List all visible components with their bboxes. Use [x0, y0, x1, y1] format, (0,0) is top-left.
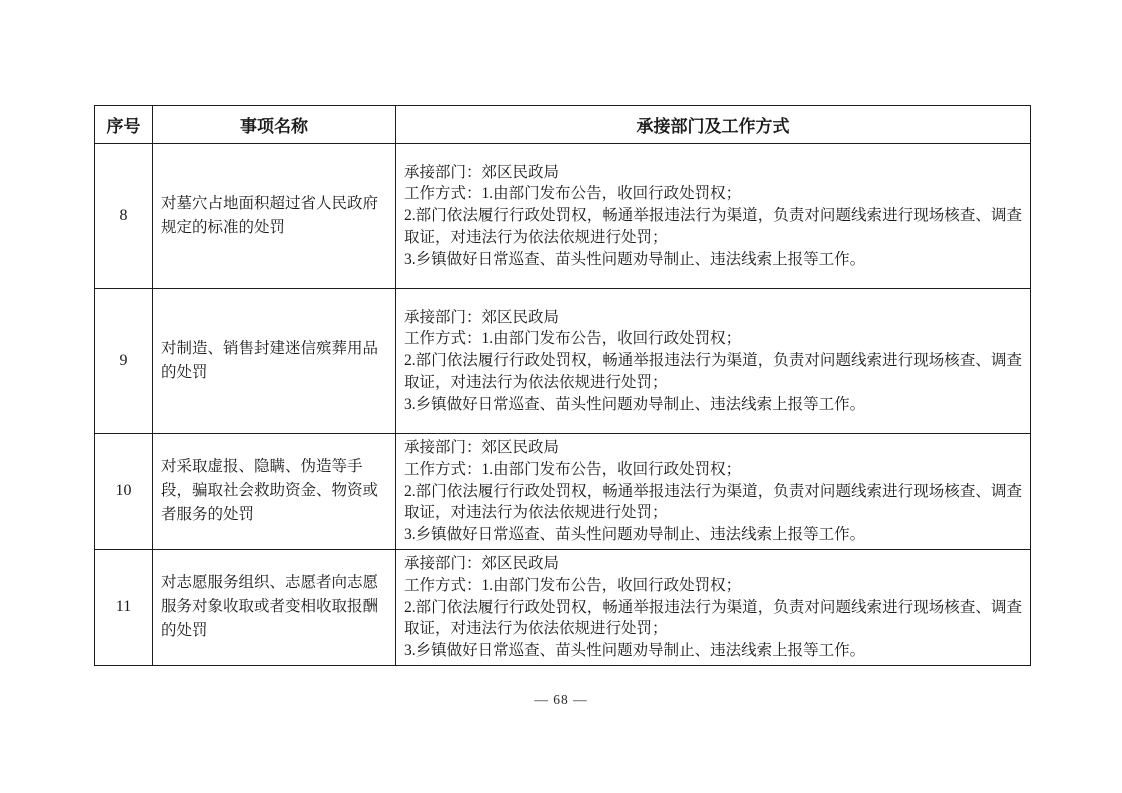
- header-item-name: 事项名称: [153, 106, 396, 144]
- method-line: 工作方式：1.由部门发布公告，收回行政处罚权；: [404, 328, 1022, 350]
- dept-method-cell: 承接部门：郊区民政局 工作方式：1.由部门发布公告，收回行政处罚权； 2.部门依…: [396, 434, 1031, 550]
- item-name: 对志愿服务组织、志愿者向志愿服务对象收取或者变相收取报酬的处罚: [153, 549, 396, 665]
- row-number: 10: [95, 434, 153, 550]
- penalty-items-table: 序号 事项名称 承接部门及工作方式 8 对墓穴占地面积超过省人民政府规定的标准的…: [94, 105, 1031, 666]
- method-line: 3.乡镇做好日常巡查、苗头性问题劝导制止、违法线索上报等工作。: [404, 640, 1022, 662]
- item-name: 对墓穴占地面积超过省人民政府规定的标准的处罚: [153, 144, 396, 289]
- method-line: 2.部门依法履行行政处罚权，畅通举报违法行为渠道，负责对问题线索进行现场核查、调…: [404, 597, 1022, 641]
- dept-method-cell: 承接部门：郊区民政局 工作方式：1.由部门发布公告，收回行政处罚权； 2.部门依…: [396, 549, 1031, 665]
- dept-method-cell: 承接部门：郊区民政局 工作方式：1.由部门发布公告，收回行政处罚权； 2.部门依…: [396, 144, 1031, 289]
- dept-line: 承接部门：郊区民政局: [404, 162, 1022, 184]
- method-line: 2.部门依法履行行政处罚权，畅通举报违法行为渠道，负责对问题线索进行现场核查、调…: [404, 205, 1022, 249]
- page-number: — 68 —: [0, 692, 1122, 708]
- dept-line: 承接部门：郊区民政局: [404, 437, 1022, 459]
- row-number: 11: [95, 549, 153, 665]
- item-name: 对采取虚报、隐瞒、伪造等手段，骗取社会救助资金、物资或者服务的处罚: [153, 434, 396, 550]
- table-header-row: 序号 事项名称 承接部门及工作方式: [95, 106, 1031, 144]
- method-line: 3.乡镇做好日常巡查、苗头性问题劝导制止、违法线索上报等工作。: [404, 524, 1022, 546]
- method-line: 3.乡镇做好日常巡查、苗头性问题劝导制止、违法线索上报等工作。: [404, 394, 1022, 416]
- method-line: 2.部门依法履行行政处罚权，畅通举报违法行为渠道，负责对问题线索进行现场核查、调…: [404, 350, 1022, 394]
- method-line: 2.部门依法履行行政处罚权，畅通举报违法行为渠道，负责对问题线索进行现场核查、调…: [404, 481, 1022, 525]
- table-row: 8 对墓穴占地面积超过省人民政府规定的标准的处罚 承接部门：郊区民政局 工作方式…: [95, 144, 1031, 289]
- header-dept-method: 承接部门及工作方式: [396, 106, 1031, 144]
- method-line: 工作方式：1.由部门发布公告，收回行政处罚权；: [404, 183, 1022, 205]
- method-line: 工作方式：1.由部门发布公告，收回行政处罚权；: [404, 575, 1022, 597]
- dept-line: 承接部门：郊区民政局: [404, 307, 1022, 329]
- table-row: 9 对制造、销售封建迷信殡葬用品的处罚 承接部门：郊区民政局 工作方式：1.由部…: [95, 289, 1031, 434]
- method-line: 工作方式：1.由部门发布公告，收回行政处罚权；: [404, 459, 1022, 481]
- method-line: 3.乡镇做好日常巡查、苗头性问题劝导制止、违法线索上报等工作。: [404, 249, 1022, 271]
- row-number: 8: [95, 144, 153, 289]
- table-row: 11 对志愿服务组织、志愿者向志愿服务对象收取或者变相收取报酬的处罚 承接部门：…: [95, 549, 1031, 665]
- header-serial-number: 序号: [95, 106, 153, 144]
- dept-line: 承接部门：郊区民政局: [404, 553, 1022, 575]
- item-name: 对制造、销售封建迷信殡葬用品的处罚: [153, 289, 396, 434]
- row-number: 9: [95, 289, 153, 434]
- dept-method-cell: 承接部门：郊区民政局 工作方式：1.由部门发布公告，收回行政处罚权； 2.部门依…: [396, 289, 1031, 434]
- table-row: 10 对采取虚报、隐瞒、伪造等手段，骗取社会救助资金、物资或者服务的处罚 承接部…: [95, 434, 1031, 550]
